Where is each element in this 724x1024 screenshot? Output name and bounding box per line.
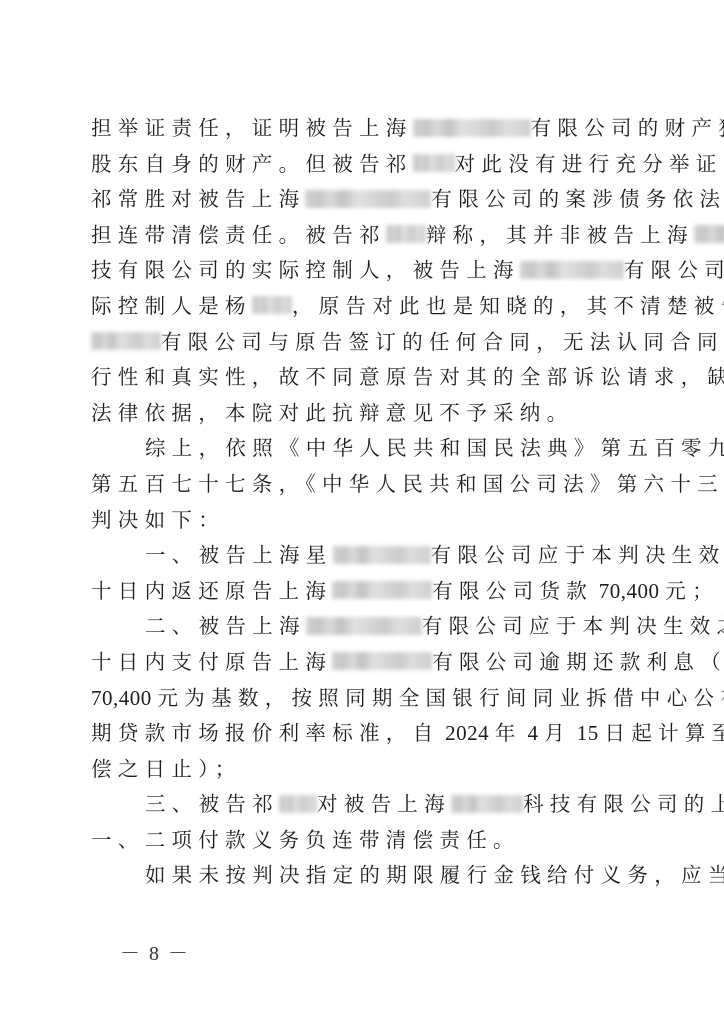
text-line: 法律依据，本院对此抗辩意见不予采纳。 (91, 396, 636, 432)
text-line: 行性和真实性，故不同意原告对其的全部诉讼请求，缺乏事实及 (91, 360, 636, 396)
redacted-text (306, 617, 422, 635)
judgment-body-text: 担举证责任，证明被告上海有限公司的财产独立于股东自身的财产。但被告祁对此没有进行… (91, 111, 636, 894)
text-segment: ，原告对此也是知晓的，其不清楚被告上海 (292, 294, 724, 318)
text-segment: 十日内支付原告上海 (91, 650, 332, 674)
text-segment: 担举证责任，证明被告上海 (91, 116, 413, 140)
text-segment: 元为基数，按照同期全国银行间同业拆借中心公布的一年 (158, 686, 724, 710)
text-segment: 有限公司逾期还款利息（以 (432, 650, 724, 674)
text-segment: 对此没有进行充分举证，故被告 (455, 152, 724, 176)
redacted-text (333, 546, 431, 564)
numeric-text: 4 (522, 721, 545, 745)
text-segment: 元； (665, 579, 719, 603)
redacted-text (413, 154, 455, 172)
text-segment: 判决如下： (91, 508, 225, 532)
document-page: 担举证责任，证明被告上海有限公司的财产独立于股东自身的财产。但被告祁对此没有进行… (0, 0, 724, 1024)
text-line: 期贷款市场报价利率标准，自 2024 年 4 月 15 日起计算至实际清 (91, 716, 636, 752)
text-segment: 十日内返还原告上海 (91, 579, 332, 603)
text-line: 际控制人是杨，原告对此也是知晓的，其不清楚被告上海 (91, 289, 636, 325)
text-segment: 技有限公司的实际控制人，被告上海 (91, 258, 520, 282)
text-line: 三、被告祁对被告上海科技有限公司的上述第 (91, 787, 636, 823)
text-segment: 法律依据，本院对此抗辩意见不予采纳。 (91, 401, 573, 425)
redacted-text (332, 581, 432, 599)
text-segment: 有限公司与原告签订的任何合同，无法认同合同的履 (161, 330, 724, 354)
redacted-text (520, 261, 624, 279)
text-segment: 有限公司的案涉债务依法应当承 (431, 187, 724, 211)
text-line: 有限公司与原告签订的任何合同，无法认同合同的履 (91, 325, 636, 361)
text-line: 二、被告上海有限公司应于本判决生效之日起 (91, 609, 636, 645)
numeric-text: 70,400 (593, 579, 665, 603)
text-segment: 担连带清偿责任。被告祁 (91, 223, 386, 247)
text-segment: 科技有限公司的上述第 (523, 792, 724, 816)
text-line: 股东自身的财产。但被告祁对此没有进行充分举证，故被告 (91, 147, 636, 183)
text-segment: 第五百七十七条，《中华人民共和国公司法》第六十三条的规定， (91, 472, 724, 496)
page-number: － 8 － (120, 937, 190, 966)
text-segment: 二、被告上海 (145, 614, 306, 638)
text-segment: 有限公司的财产独立于 (531, 116, 724, 140)
numeric-text: 2024 (439, 721, 495, 745)
text-line: 担连带清偿责任。被告祁辩称，其并非被告上海 (91, 218, 636, 254)
text-line: 一、二项付款义务负连带清偿责任。 (91, 823, 636, 859)
text-line: 一、被告上海星有限公司应于本判决生效之日起 (91, 538, 636, 574)
text-line: 技有限公司的实际控制人，被告上海有限公司的实 (91, 253, 636, 289)
text-line: 祁常胜对被告上海有限公司的案涉债务依法应当承 (91, 182, 636, 218)
text-segment: 年 (495, 721, 522, 745)
text-segment: 有限公司应于本判决生效之日起 (422, 614, 724, 638)
text-line: 十日内返还原告上海有限公司货款 70,400 元； (91, 574, 636, 610)
text-segment: 行性和真实性，故不同意原告对其的全部诉讼请求，缺乏事实及 (91, 365, 724, 389)
text-segment: 一、被告上海星 (145, 543, 333, 567)
numeric-text: 70,400 (91, 686, 158, 710)
text-line: 第五百七十七条，《中华人民共和国公司法》第六十三条的规定， (91, 467, 636, 503)
text-segment: 有限公司应于本判决生效之日起 (431, 543, 724, 567)
redacted-text (413, 119, 531, 137)
text-line: 十日内支付原告上海有限公司逾期还款利息（以 (91, 645, 636, 681)
numeric-text: 15 (571, 721, 605, 745)
text-segment: 辩称，其并非被告上海 (426, 223, 694, 247)
redacted-text (694, 225, 724, 243)
text-segment: 日起计算至实际清 (605, 721, 724, 745)
text-line: 判决如下： (91, 503, 636, 539)
text-line: 70,400 元为基数，按照同期全国银行间同业拆借中心公布的一年 (91, 681, 636, 717)
text-segment: 有限公司的实 (624, 258, 724, 282)
text-segment: 如果未按判决指定的期限履行金钱给付义务，应当依照《中 (145, 863, 724, 887)
text-segment: 偿之日止）； (91, 757, 242, 781)
text-line: 担举证责任，证明被告上海有限公司的财产独立于 (91, 111, 636, 147)
text-segment: 月 (544, 721, 571, 745)
redacted-text (386, 225, 426, 243)
redacted-text (279, 795, 317, 813)
redacted-text (451, 795, 523, 813)
text-segment: 际控制人是杨 (91, 294, 252, 318)
text-line: 偿之日止）； (91, 752, 636, 788)
text-segment: 一、二项付款义务负连带清偿责任。 (91, 828, 520, 852)
redacted-text (91, 332, 161, 350)
text-segment: 有限公司货款 (432, 579, 593, 603)
text-segment: 综上，依照《中华人民共和国民法典》第五百零九条第一款、 (145, 436, 724, 460)
text-segment: 对被告上海 (317, 792, 451, 816)
redacted-text (305, 190, 431, 208)
text-line: 综上，依照《中华人民共和国民法典》第五百零九条第一款、 (91, 431, 636, 467)
text-segment: 股东自身的财产。但被告祁 (91, 152, 413, 176)
redacted-text (252, 296, 292, 314)
text-line: 如果未按判决指定的期限履行金钱给付义务，应当依照《中 (91, 858, 636, 894)
text-segment: 期贷款市场报价利率标准，自 (91, 721, 439, 745)
text-segment: 三、被告祁 (145, 792, 279, 816)
text-segment: 祁常胜对被告上海 (91, 187, 305, 211)
redacted-text (332, 652, 432, 670)
